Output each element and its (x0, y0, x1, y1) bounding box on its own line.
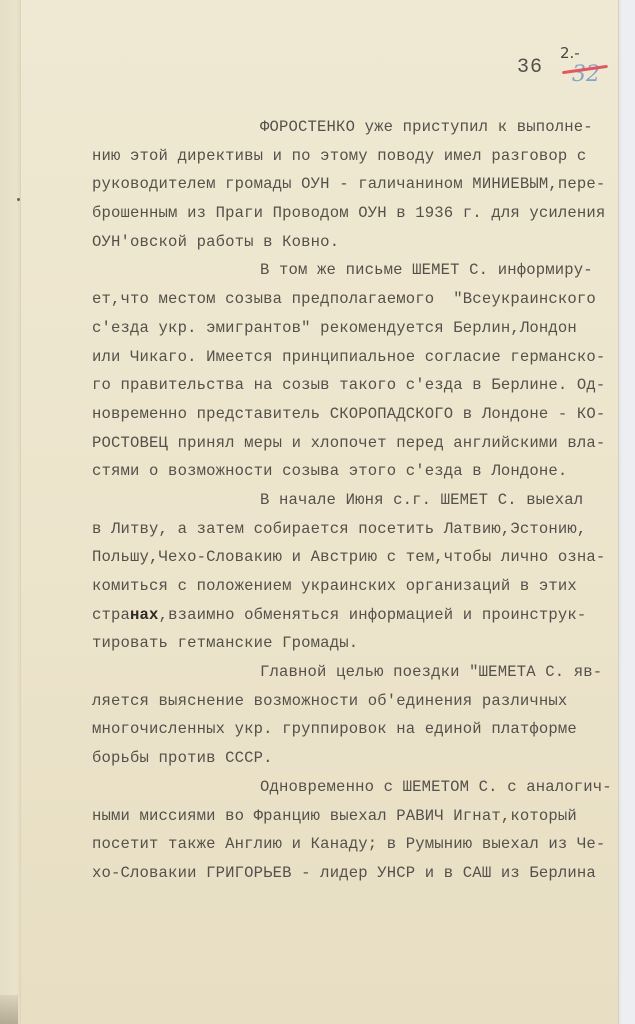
typewritten-body: ФОРОСТЕНКО уже приступил к выполне-нию э… (92, 113, 612, 888)
text-line: РОСТОВЕЦ принял меры и хлопочет перед ан… (92, 429, 612, 458)
text-line: В начале Июня с.г. ШЕМЕТ С. выехал (92, 486, 612, 515)
paper-left-fold (0, 0, 21, 1024)
text-line: ФОРОСТЕНКО уже приступил к выполне- (92, 113, 612, 142)
text-line: Главной целью поездки "ШЕМЕТА С. яв- (92, 658, 612, 687)
paper-fold-shadow (0, 995, 18, 1024)
pencil-page-number: 2.- (560, 44, 580, 62)
text-line: комиться с положением украинских организ… (92, 572, 612, 601)
text-line: руководителем громады ОУН - галичанином … (92, 170, 612, 199)
text-line: ными миссиями во Францию выехал РАВИЧ Иг… (92, 802, 612, 831)
text-segment: стра (92, 606, 130, 624)
text-line: Одновременно с ШЕМЕТОМ С. с аналогич- (92, 773, 612, 802)
text-line: посетит также Англию и Канаду; в Румынию… (92, 830, 612, 859)
document-page: 36 2.- 32 ФОРОСТЕНКО уже приступил к вып… (0, 0, 618, 1024)
text-line: в Литву, а затем собирается посетить Лат… (92, 515, 612, 544)
text-line: тировать гетманские Громады. (92, 629, 612, 658)
text-line: новременно представитель СКОРОПАДСКОГО в… (92, 400, 612, 429)
text-line: нию этой директивы и по этому поводу име… (92, 142, 612, 171)
handwritten-correction: нах (130, 606, 159, 624)
text-segment: ,взаимно обменяться информацией и проинс… (159, 606, 587, 624)
text-line: хо-Словакии ГРИГОРЬЕВ - лидер УНСР и в С… (92, 859, 612, 888)
text-line: ляется выяснение возможности об'единения… (92, 687, 612, 716)
text-line: ет,что местом созыва предполагаемого "Вс… (92, 285, 612, 314)
text-line: ОУН'овской работы в Ковно. (92, 228, 612, 257)
text-line: Польшу,Чехо-Словакию и Австрию с тем,что… (92, 543, 612, 572)
text-line: борьбы против СССР. (92, 744, 612, 773)
text-line: с'езда укр. эмигрантов" рекомендуется Бе… (92, 314, 612, 343)
text-line: го правительства на созыв такого с'езда … (92, 371, 612, 400)
margin-mark (17, 198, 20, 201)
text-line: В том же письме ШЕМЕТ С. информиру- (92, 256, 612, 285)
crossed-out-page-number: 32 (572, 62, 600, 87)
text-line: странах,взаимно обменяться информацией и… (92, 601, 612, 630)
text-line: брошенным из Праги Проводом ОУН в 1936 г… (92, 199, 612, 228)
page-number: 36 (517, 56, 543, 79)
text-line: стями о возможности созыва этого с'езда … (92, 457, 612, 486)
text-line: многочисленных укр. группировок на едино… (92, 715, 612, 744)
text-line: или Чикаго. Имеется принципиальное согла… (92, 343, 612, 372)
